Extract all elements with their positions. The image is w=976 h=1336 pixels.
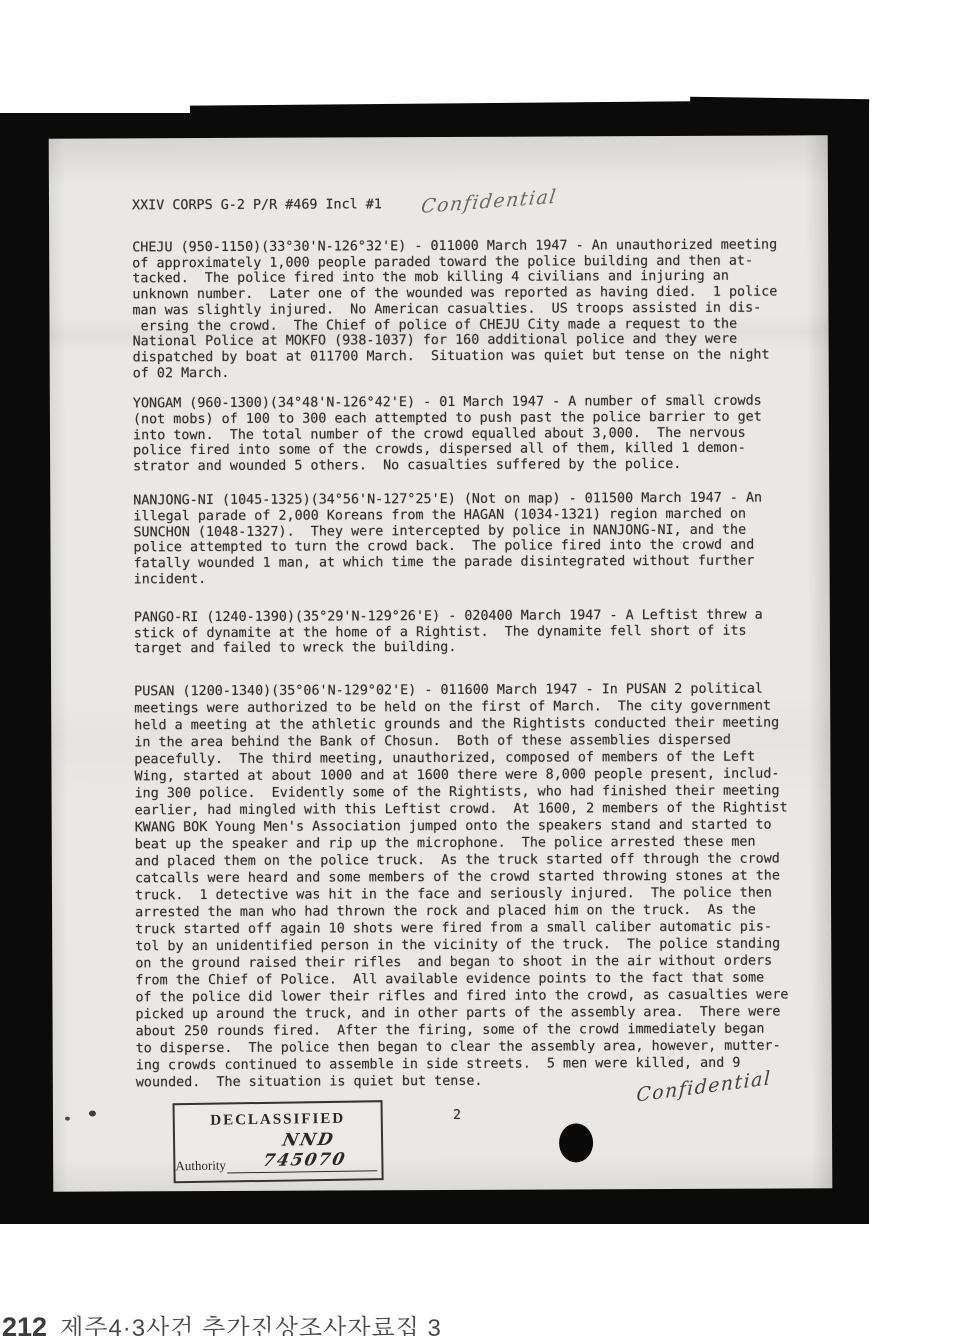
declassified-stamp-title: DECLASSIFIED [175, 1110, 381, 1130]
declassified-stamp: DECLASSIFIED Authority NND 745070 [173, 1100, 384, 1183]
ink-speck [89, 1111, 96, 1117]
paragraph-yongam: YONGAM (960-1300)(34°48'N-126°42'E) - 01… [133, 394, 762, 476]
paragraph-nanjong-ni: NANJONG-NI (1045-1325)(34°56'N-127°25'E)… [133, 491, 762, 589]
page-number: 2 [453, 1108, 461, 1123]
ink-speck [65, 1117, 70, 1121]
hole-punch-mark [559, 1123, 593, 1162]
stamp-authority-label: Authority [175, 1157, 226, 1174]
paragraph-pusan: PUSAN (1200-1340)(35°06'N-129°02'E) - 01… [134, 680, 789, 1091]
document-header: XXIV CORPS G-2 P/R #469 Incl #1 [132, 197, 382, 213]
stamp-authority-value: NND 745070 [227, 1129, 386, 1173]
paragraph-cheju: CHEJU (950-1150)(33°30'N-126°32'E) - 011… [132, 238, 778, 382]
book-caption: 212 제주4·3사건 추가진상조사자료집 3 [2, 1308, 442, 1336]
declassified-stamp-authority-line: Authority NND 745070 [175, 1129, 382, 1174]
book-caption-title: 제주4·3사건 추가진상조사자료집 3 [60, 1308, 442, 1336]
document-page: XXIV CORPS G-2 P/R #469 Incl #1 Confiden… [49, 135, 833, 1191]
book-caption-page-number: 212 [2, 1312, 47, 1336]
paragraph-pango-ri: PANGO-RI (1240-1390)(35°29'N-129°26'E) -… [134, 608, 763, 658]
handwritten-confidential-top: Confidential [420, 186, 559, 218]
